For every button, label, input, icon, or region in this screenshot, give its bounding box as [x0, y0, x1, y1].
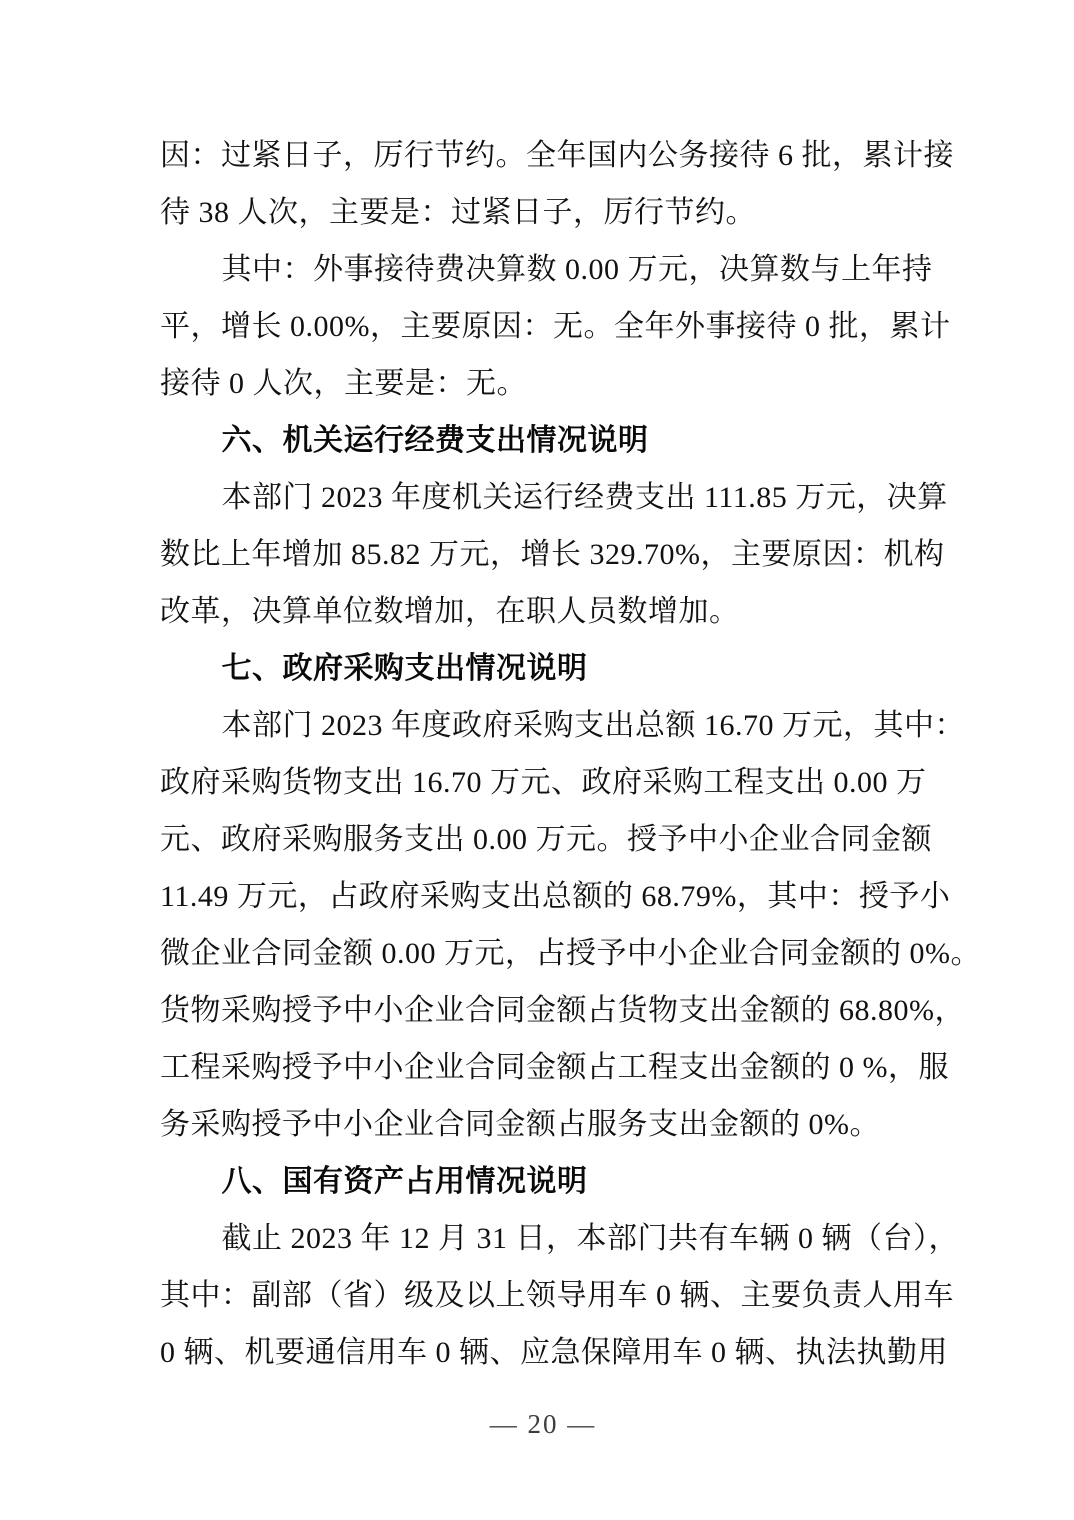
page-footer: — 20 — — [160, 1409, 926, 1440]
document-page: 因：过紧日子，厉行节约。全年国内公务接待 6 批，累计接 待 38 人次，主要是… — [0, 0, 1074, 1520]
page-number: — 20 — — [490, 1409, 597, 1439]
text-line: 务采购授予中小企业合同金额占服务支出金额的 0%。 — [160, 1096, 926, 1153]
text-line: 接待 0 人次，主要是：无。 — [160, 355, 926, 412]
text-line: 改革，决算单位数增加，在职人员数增加。 — [160, 583, 926, 640]
text-line: 其中：外事接待费决算数 0.00 万元，决算数与上年持 — [160, 241, 926, 298]
text-line: 待 38 人次，主要是：过紧日子，厉行节约。 — [160, 184, 926, 241]
text-line: 本部门 2023 年度机关运行经费支出 111.85 万元，决算 — [160, 469, 926, 526]
text-line: 工程采购授予中小企业合同金额占工程支出金额的 0 %，服 — [160, 1039, 926, 1096]
text-line: 数比上年增加 85.82 万元，增长 329.70%，主要原因：机构 — [160, 526, 926, 583]
text-line: 政府采购货物支出 16.70 万元、政府采购工程支出 0.00 万 — [160, 754, 926, 811]
section-heading-8: 八、国有资产占用情况说明 — [160, 1153, 926, 1210]
document-body: 因：过紧日子，厉行节约。全年国内公务接待 6 批，累计接 待 38 人次，主要是… — [160, 127, 926, 1381]
text-line: 元、政府采购服务支出 0.00 万元。授予中小企业合同金额 — [160, 811, 926, 868]
text-line: 微企业合同金额 0.00 万元，占授予中小企业合同金额的 0%。 — [160, 925, 926, 982]
text-line: 平，增长 0.00%，主要原因：无。全年外事接待 0 批，累计 — [160, 298, 926, 355]
text-line: 本部门 2023 年度政府采购支出总额 16.70 万元，其中： — [160, 697, 926, 754]
text-line: 因：过紧日子，厉行节约。全年国内公务接待 6 批，累计接 — [160, 127, 926, 184]
text-line: 货物采购授予中小企业合同金额占货物支出金额的 68.80%， — [160, 982, 926, 1039]
text-line: 其中：副部（省）级及以上领导用车 0 辆、主要负责人用车 — [160, 1267, 926, 1324]
text-line: 0 辆、机要通信用车 0 辆、应急保障用车 0 辆、执法执勤用 — [160, 1324, 926, 1381]
section-heading-7: 七、政府采购支出情况说明 — [160, 640, 926, 697]
text-line: 截止 2023 年 12 月 31 日，本部门共有车辆 0 辆（台）， — [160, 1210, 926, 1267]
section-heading-6: 六、机关运行经费支出情况说明 — [160, 412, 926, 469]
text-line: 11.49 万元，占政府采购支出总额的 68.79%，其中：授予小 — [160, 868, 926, 925]
